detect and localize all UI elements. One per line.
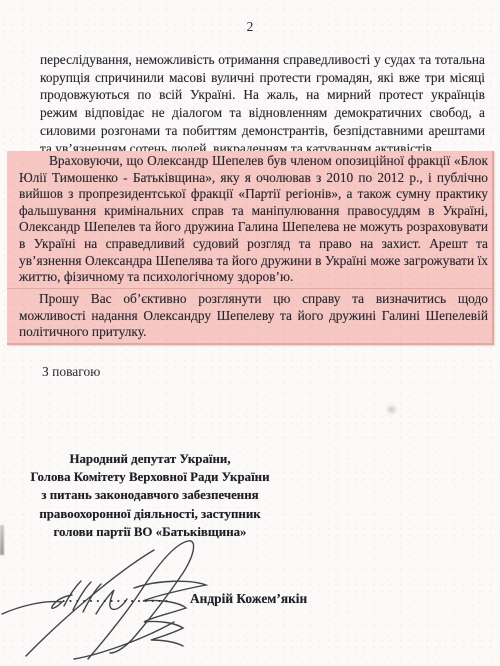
signatory-title-line: з питань законодавчого забезпечення [0, 486, 300, 504]
scanned-letter-page: 2 переслідування, неможливість отримання… [0, 0, 500, 666]
paragraph-highlighted-2: Прошу Вас об’єктивно розглянути цю справ… [19, 291, 488, 341]
highlight-block-2: Прошу Вас об’єктивно розглянути цю справ… [7, 289, 494, 345]
scan-smudge [383, 402, 400, 417]
highlight-block-1: Враховуючи, що Олександр Шепелев був чле… [7, 151, 494, 290]
closing-salutation: З повагою [42, 364, 100, 380]
paragraph-continuation: переслідування, неможливість отримання с… [40, 51, 485, 157]
signatory-title-line: Голова Комітету Верховної Ради України [0, 468, 300, 486]
signatory-name: Андрій Кожем’якін [190, 591, 307, 607]
dotted-signature-line: ................ [62, 590, 172, 606]
page-number: 2 [0, 19, 500, 35]
signatory-title-line: правоохоронної діяльності, заступник [0, 505, 300, 523]
paragraph-highlighted-1: Враховуючи, що Олександр Шепелев був чле… [19, 153, 488, 286]
signatory-title-line: Народний депутат України, [0, 450, 300, 468]
